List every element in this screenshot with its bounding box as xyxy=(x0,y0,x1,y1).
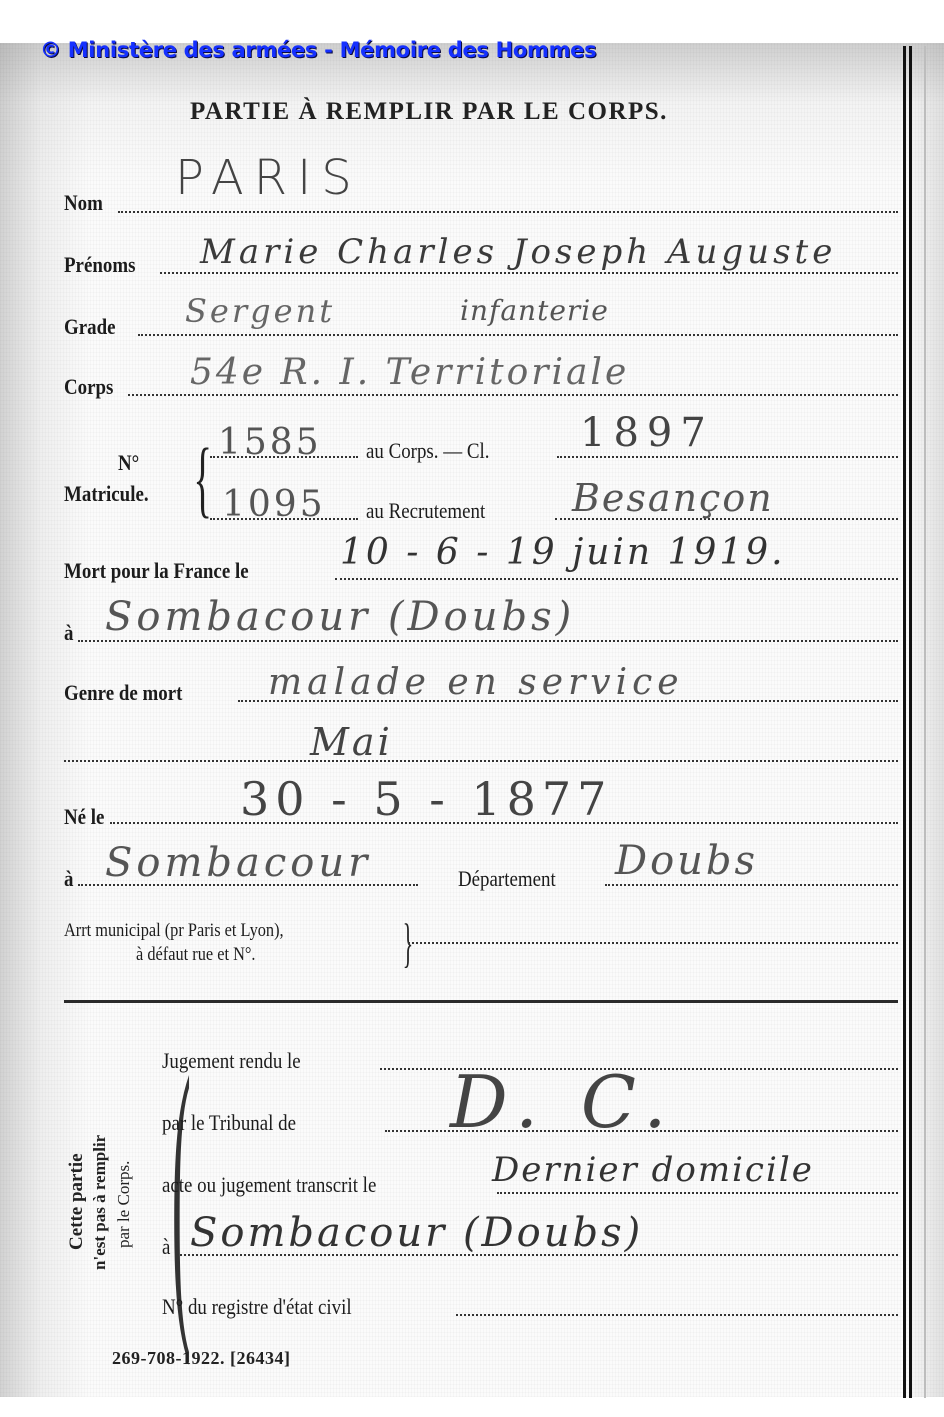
right-border-rule-inner xyxy=(909,46,912,1398)
naissance-lieu-value: Sombacour xyxy=(105,840,371,886)
label-jugement: Jugement rendu le xyxy=(162,1048,301,1074)
label-au-corps: au Corps. — Cl. xyxy=(366,438,490,464)
copyright-watermark: © Ministère des armées - Mémoire des Hom… xyxy=(40,38,596,62)
label-arrondissement-2: à défaut rue et N°. xyxy=(136,944,255,966)
label-transcrit: acte ou jugement transcrit le xyxy=(162,1172,376,1198)
label-mort: Mort pour la France le xyxy=(64,558,249,584)
label-lieu-transcription: à xyxy=(162,1234,170,1260)
recrutement-place-value: Besançon xyxy=(572,476,774,520)
label-au-recrutement: au Recrutement xyxy=(366,498,485,524)
side-note: Cette partie n'est pas à remplir par le … xyxy=(62,1080,152,1270)
prenoms-line xyxy=(160,272,898,274)
tribunal-value: D. C. xyxy=(450,1060,676,1144)
page-edge-line xyxy=(924,46,926,1398)
section-separator xyxy=(64,1000,898,1003)
matricule-recrutement-value: 1095 xyxy=(222,484,326,525)
mort-lieu-value: Sombacour (Doubs) xyxy=(105,594,575,640)
label-grade: Grade xyxy=(64,314,116,340)
nom-value: PARIS xyxy=(175,150,362,206)
departement-line xyxy=(605,884,898,886)
mort-value: 10 - 6 - 19 juin 1919. xyxy=(340,532,786,573)
registre-line xyxy=(456,1314,898,1316)
matricule-brace: { xyxy=(193,428,212,528)
genre-mort-extra-value: Mai xyxy=(310,720,393,764)
printer-reference: 269-708-1922. [26434] xyxy=(112,1348,290,1369)
lieu-transcription-value: Sombacour (Doubs) xyxy=(190,1210,643,1256)
departement-value: Doubs xyxy=(615,838,758,884)
transcrit-value: Dernier domicile xyxy=(492,1150,814,1190)
label-matricule-no: N° xyxy=(118,450,139,476)
genre-mort-value: malade en service xyxy=(268,662,684,703)
mort-lieu-line xyxy=(78,640,898,642)
classe-value: 1897 xyxy=(580,410,714,456)
label-registre: N° du registre d'état civil xyxy=(162,1294,352,1320)
classe-line xyxy=(557,456,898,458)
grade-line xyxy=(138,334,898,336)
label-naissance-lieu: à xyxy=(64,866,73,892)
label-genre-mort: Genre de mort xyxy=(64,680,182,706)
prenoms-value: Marie Charles Joseph Auguste xyxy=(200,232,836,272)
transcrit-line xyxy=(497,1192,898,1194)
grade-value: Sergent xyxy=(185,292,335,330)
side-note-line-3: par le Corps. xyxy=(114,1161,134,1248)
naissance-value: 30 - 5 - 1877 xyxy=(240,772,612,826)
mort-line xyxy=(335,578,898,580)
side-note-line-1: Cette partie xyxy=(66,1153,88,1250)
label-arrondissement-1: Arrt municipal (pr Paris et Lyon), xyxy=(64,920,284,942)
label-naissance: Né le xyxy=(64,804,104,830)
corps-value: 54e R. I. Territoriale xyxy=(190,352,629,393)
label-mort-lieu: à xyxy=(64,620,73,646)
genre-mort-line-2 xyxy=(64,760,898,762)
label-matricule: Matricule. xyxy=(64,481,149,507)
form-title: PARTIE À REMPLIR PAR LE CORPS. xyxy=(190,98,668,126)
right-border-rule xyxy=(903,46,906,1398)
grade-arm-value: infanterie xyxy=(460,294,609,327)
label-departement: Département xyxy=(458,866,556,892)
label-prenoms: Prénoms xyxy=(64,252,135,278)
label-corps: Corps xyxy=(64,374,113,400)
corps-line xyxy=(128,394,898,396)
label-nom: Nom xyxy=(64,190,103,216)
label-tribunal: par le Tribunal de xyxy=(162,1110,296,1136)
matricule-au-corps-value: 1585 xyxy=(218,422,322,463)
arrondissement-line xyxy=(408,942,898,944)
side-note-line-2: n'est pas à remplir xyxy=(90,1135,110,1270)
nom-line xyxy=(118,211,898,213)
